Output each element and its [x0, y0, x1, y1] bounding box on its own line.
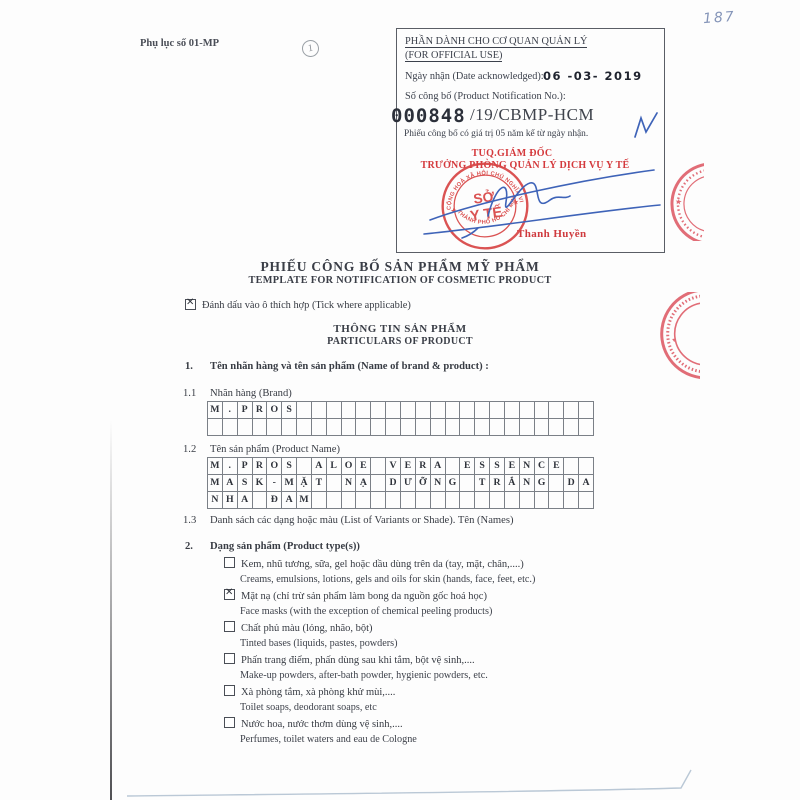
- grid-cell: [312, 402, 327, 419]
- unchecked-checkbox-icon: [224, 557, 235, 568]
- grid-cell: N: [208, 492, 223, 509]
- grid-cell: [371, 492, 386, 509]
- grid-cell: [342, 419, 357, 436]
- grid-cell: P: [238, 458, 253, 475]
- grid-cell: S: [490, 458, 505, 475]
- edge-seal-partial-top-icon: ★: [666, 163, 704, 241]
- grid-cell: R: [416, 458, 431, 475]
- grid-cell: [460, 475, 475, 492]
- grid-cell: R: [253, 402, 268, 419]
- grid-row: NHAĐAM: [208, 492, 594, 509]
- grid-cell: [579, 458, 594, 475]
- circled-page-number: 1: [301, 39, 320, 58]
- grid-cell: E: [549, 458, 564, 475]
- grid-cell: [327, 475, 342, 492]
- grid-cell: Ạ: [356, 475, 371, 492]
- grid-cell: [535, 492, 550, 509]
- grid-cell: [327, 492, 342, 509]
- notification-number-stamp: 000848: [391, 105, 466, 127]
- section-title-vi: THÔNG TIN SẢN PHẨM: [0, 323, 800, 335]
- grid-cell: S: [475, 458, 490, 475]
- grid-cell: A: [238, 492, 253, 509]
- grid-cell: [297, 419, 312, 436]
- unchecked-checkbox-icon: [224, 653, 235, 664]
- item1-2-number: 1.2: [183, 444, 196, 455]
- grid-cell: [312, 419, 327, 436]
- grid-cell: [460, 419, 475, 436]
- scan-edge-line: [110, 420, 112, 800]
- handwritten-page-number: 187: [702, 9, 736, 27]
- grid-cell: [416, 402, 431, 419]
- grid-cell: A: [431, 458, 446, 475]
- grid-cell: [505, 402, 520, 419]
- grid-cell: [401, 419, 416, 436]
- date-acknowledged-stamp: 06 -03- 2019: [543, 69, 643, 83]
- option-label-vi: Phấn trang điểm, phấn dùng sau khi tắm, …: [241, 655, 475, 666]
- grid-cell: G: [446, 475, 461, 492]
- handwritten-check-mark: [632, 110, 660, 142]
- grid-cell: [564, 492, 579, 509]
- grid-cell: [371, 475, 386, 492]
- grid-cell: [446, 458, 461, 475]
- grid-cell: A: [223, 475, 238, 492]
- section-title-en: PARTICULARS OF PRODUCT: [0, 336, 800, 347]
- grid-cell: Đ: [267, 492, 282, 509]
- grid-cell: P: [238, 402, 253, 419]
- grid-cell: S: [282, 402, 297, 419]
- grid-cell: [223, 419, 238, 436]
- notification-number-suffix: /19/CBMP-HCM: [470, 105, 594, 125]
- grid-cell: [564, 402, 579, 419]
- grid-cell: [490, 492, 505, 509]
- grid-cell: [342, 402, 357, 419]
- product-type-option-vi: Mặt nạ (chỉ trừ sản phẩm làm bong da ngu…: [224, 588, 624, 604]
- grid-cell: [401, 402, 416, 419]
- grid-cell: [446, 419, 461, 436]
- grid-cell: O: [342, 458, 357, 475]
- item1-number: 1.: [185, 361, 193, 372]
- grid-cell: [356, 492, 371, 509]
- document-title-en: TEMPLATE FOR NOTIFICATION OF COSMETIC PR…: [0, 275, 800, 286]
- option-label-vi: Kem, nhũ tương, sữa, gel hoặc dầu dùng t…: [241, 559, 524, 570]
- grid-cell: Ắ: [505, 475, 520, 492]
- grid-cell: [520, 492, 535, 509]
- item2-number: 2.: [185, 541, 193, 552]
- product-name-grid: M.PROSALOEVERAESSENCEMASK-MẶTNẠDƯỠNGTRẮN…: [207, 457, 594, 509]
- grid-cell: [564, 458, 579, 475]
- grid-cell: [431, 402, 446, 419]
- grid-cell: [386, 402, 401, 419]
- grid-row: M.PROSALOEVERAESSENCE: [208, 458, 594, 475]
- validity-note: Phiếu công bố có giá trị 05 năm kể từ ng…: [404, 129, 588, 139]
- grid-cell: [371, 419, 386, 436]
- grid-cell: [520, 402, 535, 419]
- grid-cell: [386, 492, 401, 509]
- product-name-label: Tên sản phẩm (Product Name): [210, 444, 340, 455]
- grid-cell: [549, 402, 564, 419]
- product-type-option-vi: Xà phòng tắm, xà phòng khử mùi,....: [224, 684, 624, 700]
- grid-cell: A: [312, 458, 327, 475]
- grid-cell: E: [356, 458, 371, 475]
- grid-cell: E: [505, 458, 520, 475]
- form-code-label: Phụ lục số 01-MP: [140, 38, 219, 49]
- scanned-document-page: Phụ lục số 01-MP 1 187 PHẦN DÀNH CHO CƠ …: [0, 0, 800, 800]
- edge-seal-star: ★: [675, 197, 683, 207]
- option-label-en: Make-up powders, after-bath powder, hygi…: [224, 668, 624, 684]
- grid-cell: [327, 402, 342, 419]
- grid-cell: N: [342, 475, 357, 492]
- product-type-option-vi: Phấn trang điểm, phấn dùng sau khi tắm, …: [224, 652, 624, 668]
- unchecked-checkbox-icon: [224, 685, 235, 696]
- grid-cell: [460, 402, 475, 419]
- grid-cell: [446, 402, 461, 419]
- grid-cell: [282, 419, 297, 436]
- grid-cell: [535, 419, 550, 436]
- grid-cell: [446, 492, 461, 509]
- grid-cell: [475, 419, 490, 436]
- unchecked-checkbox-icon: [224, 621, 235, 632]
- item1-1-number: 1.1: [183, 388, 196, 399]
- grid-cell: G: [535, 475, 550, 492]
- brand-label: Nhãn hàng (Brand): [210, 388, 292, 399]
- grid-row: M.PROS: [208, 402, 594, 419]
- grid-cell: A: [282, 492, 297, 509]
- grid-cell: M: [297, 492, 312, 509]
- grid-cell: [549, 475, 564, 492]
- grid-cell: M: [282, 475, 297, 492]
- grid-cell: [416, 492, 431, 509]
- grid-cell: M: [208, 402, 223, 419]
- grid-cell: [431, 492, 446, 509]
- grid-cell: [297, 458, 312, 475]
- option-label-vi: Nước hoa, nước thơm dùng vệ sinh,....: [241, 719, 403, 730]
- grid-cell: [356, 402, 371, 419]
- grid-cell: M: [208, 458, 223, 475]
- grid-cell: D: [564, 475, 579, 492]
- grid-cell: [312, 492, 327, 509]
- grid-cell: K: [253, 475, 268, 492]
- tick-instruction-text: Đánh dấu vào ô thích hợp (Tick where app…: [202, 300, 411, 311]
- document-title-vi: PHIẾU CÔNG BỐ SẢN PHẨM MỸ PHẨM: [0, 259, 800, 275]
- checked-checkbox-icon: [185, 299, 196, 310]
- brand-name-grid: M.PROS: [207, 401, 594, 436]
- item1-label: Tên nhãn hàng và tên sản phẩm (Name of b…: [210, 361, 489, 372]
- grid-cell: A: [579, 475, 594, 492]
- grid-cell: [416, 419, 431, 436]
- grid-cell: E: [401, 458, 416, 475]
- grid-cell: [253, 492, 268, 509]
- item1-3-number: 1.3: [183, 515, 196, 526]
- option-label-en: Toilet soaps, deodorant soaps, etc: [224, 700, 624, 716]
- grid-cell: [238, 419, 253, 436]
- grid-cell: [356, 419, 371, 436]
- grid-cell: [371, 402, 386, 419]
- grid-cell: [475, 402, 490, 419]
- grid-cell: D: [386, 475, 401, 492]
- grid-cell: Ư: [401, 475, 416, 492]
- product-type-options: Kem, nhũ tương, sữa, gel hoặc dầu dùng t…: [224, 556, 624, 748]
- official-use-heading-vi: PHẦN DÀNH CHO CƠ QUAN QUẢN LÝ: [405, 36, 587, 48]
- grid-cell: [386, 419, 401, 436]
- tick-instruction: Đánh dấu vào ô thích hợp (Tick where app…: [185, 297, 411, 311]
- signature: [418, 156, 666, 248]
- grid-row: MASK-MẶTNẠDƯỠNGTRẮNGDA: [208, 475, 594, 492]
- option-label-en: Tinted bases (liquids, pastes, powders): [224, 636, 624, 652]
- grid-cell: [579, 492, 594, 509]
- grid-cell: N: [431, 475, 446, 492]
- option-label-en: Creams, emulsions, lotions, gels and oil…: [224, 572, 624, 588]
- grid-cell: [490, 419, 505, 436]
- grid-cell: R: [253, 458, 268, 475]
- grid-cell: [505, 492, 520, 509]
- grid-cell: E: [460, 458, 475, 475]
- grid-cell: [297, 402, 312, 419]
- grid-cell: Ỡ: [416, 475, 431, 492]
- grid-cell: [535, 402, 550, 419]
- grid-cell: [371, 458, 386, 475]
- product-type-option-vi: Nước hoa, nước thơm dùng vệ sinh,....: [224, 716, 624, 732]
- product-type-option-vi: Kem, nhũ tương, sữa, gel hoặc dầu dùng t…: [224, 556, 624, 572]
- grid-cell: [327, 419, 342, 436]
- grid-cell: .: [223, 402, 238, 419]
- grid-cell: [475, 492, 490, 509]
- grid-cell: .: [223, 458, 238, 475]
- option-label-vi: Xà phòng tắm, xà phòng khử mùi,....: [241, 687, 395, 698]
- grid-cell: [431, 419, 446, 436]
- grid-cell: Ặ: [297, 475, 312, 492]
- grid-cell: S: [282, 458, 297, 475]
- unchecked-checkbox-icon: [224, 717, 235, 728]
- grid-cell: C: [535, 458, 550, 475]
- item2-label: Dạng sản phẩm (Product type(s)): [210, 541, 360, 552]
- grid-cell: [267, 419, 282, 436]
- grid-cell: [208, 419, 223, 436]
- grid-cell: [520, 419, 535, 436]
- option-label-vi: Mặt nạ (chỉ trừ sản phẩm làm bong da ngu…: [241, 591, 487, 602]
- grid-row: [208, 419, 594, 436]
- grid-cell: R: [490, 475, 505, 492]
- grid-cell: [253, 419, 268, 436]
- grid-cell: [564, 419, 579, 436]
- grid-cell: [490, 402, 505, 419]
- checked-checkbox-icon: [224, 589, 235, 600]
- product-type-option-vi: Chất phủ màu (lỏng, nhão, bột): [224, 620, 624, 636]
- grid-cell: -: [267, 475, 282, 492]
- grid-cell: T: [475, 475, 490, 492]
- option-label-vi: Chất phủ màu (lỏng, nhão, bột): [241, 623, 373, 634]
- grid-cell: L: [327, 458, 342, 475]
- grid-cell: [460, 492, 475, 509]
- scan-bottom-line: [125, 760, 695, 800]
- grid-cell: [579, 402, 594, 419]
- grid-cell: V: [386, 458, 401, 475]
- grid-cell: [342, 492, 357, 509]
- grid-cell: [549, 492, 564, 509]
- grid-cell: S: [238, 475, 253, 492]
- grid-cell: H: [223, 492, 238, 509]
- grid-cell: [549, 419, 564, 436]
- variants-label: Danh sách các dạng hoặc màu (List of Var…: [210, 515, 513, 526]
- grid-cell: N: [520, 458, 535, 475]
- official-use-heading-en: (FOR OFFICIAL USE): [405, 50, 502, 62]
- date-acknowledged-label: Ngày nhận (Date acknowledged):: [405, 71, 544, 82]
- grid-cell: [401, 492, 416, 509]
- grid-cell: T: [312, 475, 327, 492]
- grid-cell: N: [520, 475, 535, 492]
- option-label-en: Perfumes, toilet waters and eau de Colog…: [224, 732, 624, 748]
- grid-cell: O: [267, 402, 282, 419]
- option-label-en: Face masks (with the exception of chemic…: [224, 604, 624, 620]
- grid-cell: O: [267, 458, 282, 475]
- notification-number-label: Số công bố (Product Notification No.):: [405, 91, 566, 102]
- grid-cell: M: [208, 475, 223, 492]
- grid-cell: [579, 419, 594, 436]
- grid-cell: [505, 419, 520, 436]
